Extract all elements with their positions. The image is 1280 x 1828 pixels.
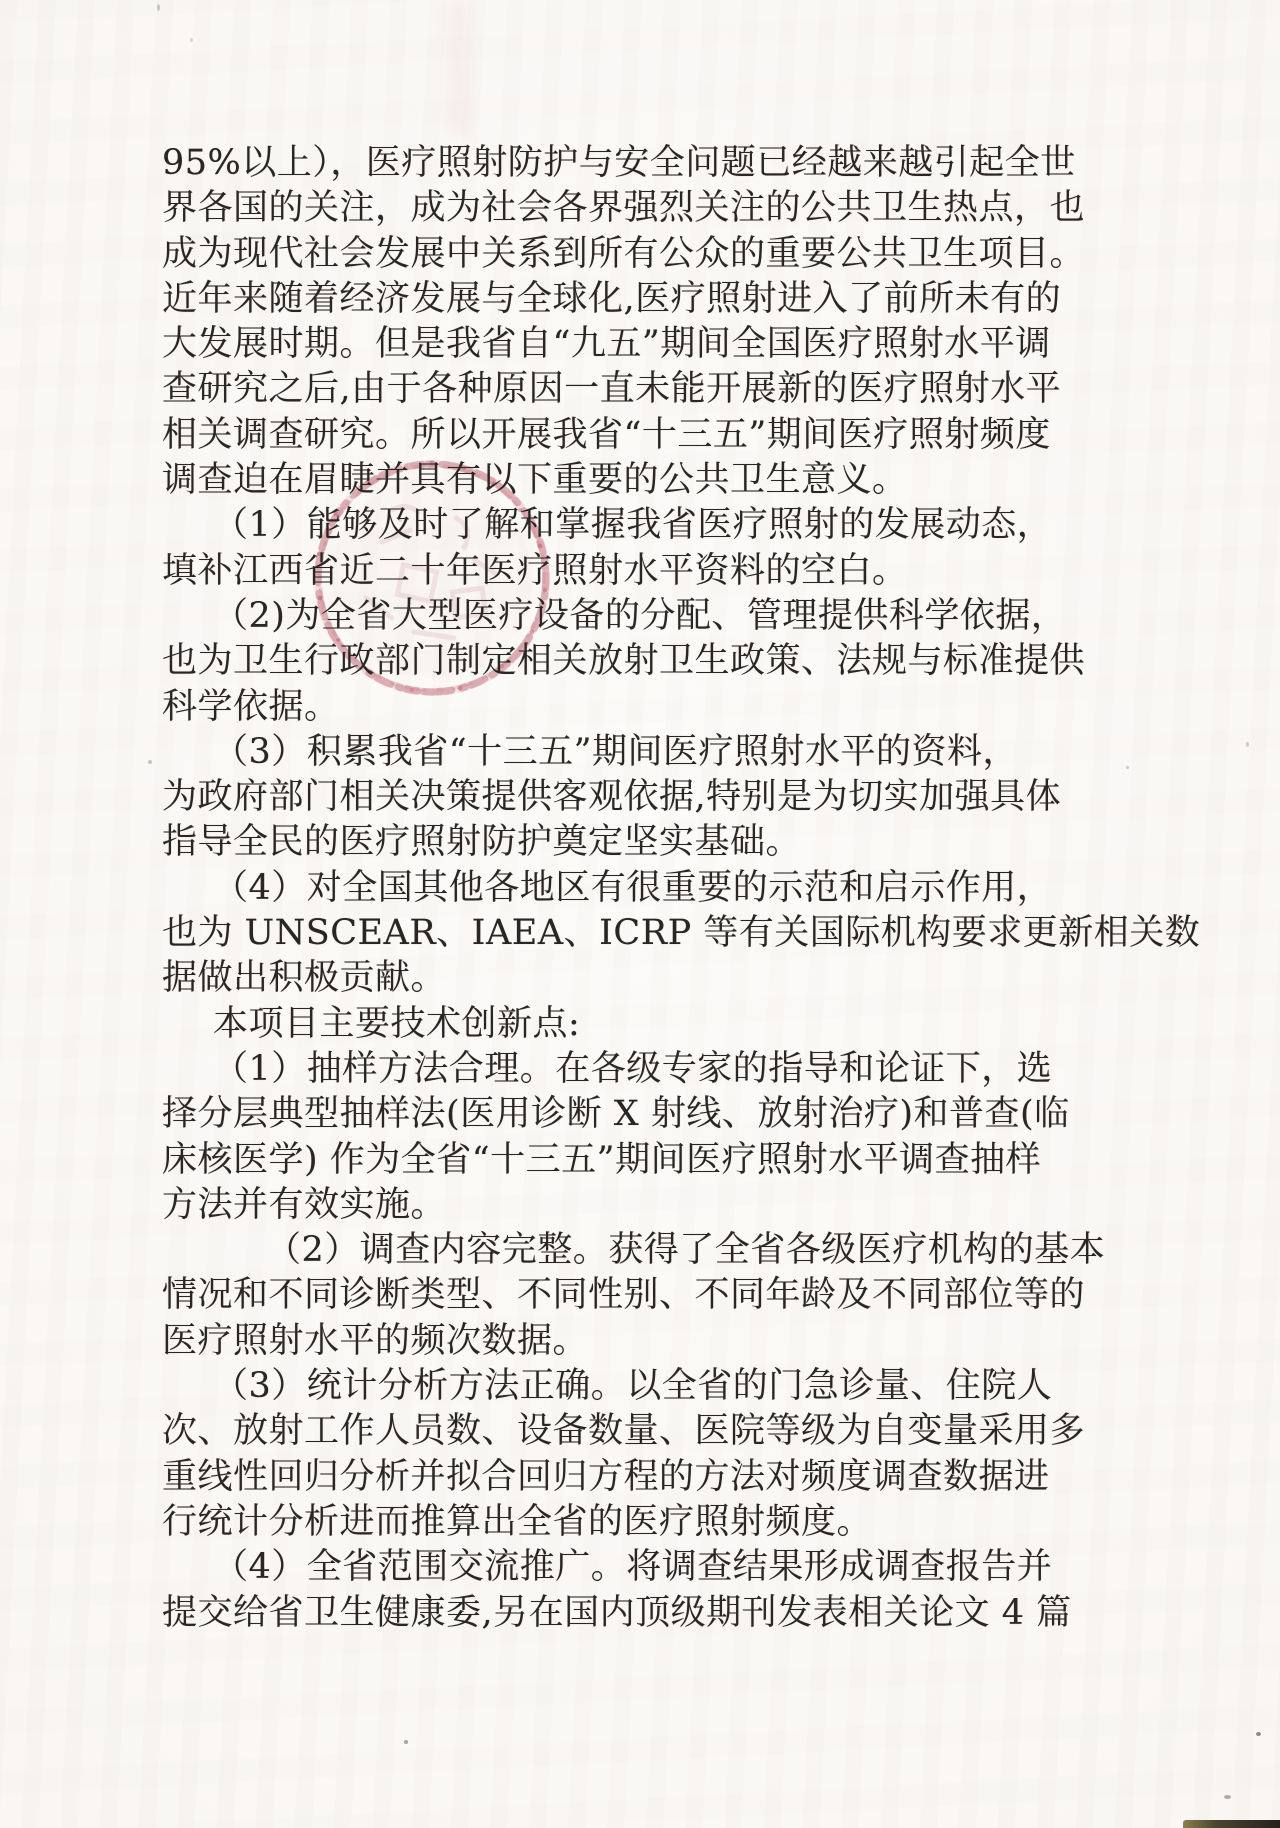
text-line: 提交给省卫生健康委,另在国内顶级期刊发表相关论文 4 篇 [162,1591,1082,1636]
scan-speck [1126,766,1129,769]
text-line: 指导全民的医疗照射防护奠定坚实基础。 [162,820,1082,865]
scan-pink-streak [447,0,469,135]
text-line: 成为现代社会发展中关系到所有公众的重要公共卫生项目。 [162,232,1082,277]
scanned-document-page: 95%以上），医疗照射防护与安全问题已经越来越引起全世界各国的关注，成为社会各界… [0,0,1280,1828]
text-line: （3）积累我省“十三五”期间医疗照射水平的资料， [162,730,1082,775]
text-line: 填补江西省近二十年医疗照射水平资料的空白。 [162,549,1082,594]
text-line: （3）统计分析方法正确。以全省的门急诊量、住院人 [162,1364,1082,1409]
scan-speck [157,4,160,11]
text-line: （2)为全省大型医疗设备的分配、管理提供科学依据， [162,594,1082,639]
text-line: （1）能够及时了解和掌握我省医疗照射的发展动态， [162,503,1082,548]
text-line: 择分层典型抽样法(医用诊断 X 射线、放射治疗)和普查(临 [162,1092,1082,1137]
text-line: 科学依据。 [162,685,1082,730]
scan-speck [1224,1795,1231,1799]
text-line: 相关调查研究。所以开展我省“十三五”期间医疗照射频度 [162,413,1082,458]
text-line: 本项目主要技术创新点: [162,1002,1082,1047]
text-line: （4）对全国其他各地区有很重要的示范和启示作用， [162,866,1082,911]
scan-speck [404,1740,408,1744]
scan-speck [1246,742,1249,747]
text-line: 据做出积极贡献。 [162,956,1082,1001]
text-line: 界各国的关注，成为社会各界强烈关注的公共卫生热点，也 [162,186,1082,231]
text-line: 近年来随着经济发展与全球化,医疗照射进入了前所未有的 [162,277,1082,322]
scan-speck [148,760,152,764]
text-line: 调查迫在眉睫并具有以下重要的公共卫生意义。 [162,458,1082,503]
scan-speck [190,38,193,42]
text-line: （1）抽样方法合理。在各级专家的指导和论证下，选 [162,1047,1082,1092]
text-line: 方法并有效实施。 [162,1183,1082,1228]
text-line: 次、放射工作人员数、设备数量、医院等级为自变量采用多 [162,1409,1082,1454]
text-line: 床核医学) 作为全省“十三五”期间医疗照射水平调查抽样 [162,1138,1082,1183]
text-line: （2）调查内容完整。获得了全省各级医疗机构的基本 [162,1228,1082,1273]
text-line: 行统计分析进而推算出全省的医疗照射频度。 [162,1500,1082,1545]
text-line: 重线性回归分析并拟合回归方程的方法对频度调查数据进 [162,1455,1082,1500]
scan-speck [1256,1732,1261,1736]
text-line: 医疗照射水平的频次数据。 [162,1319,1082,1364]
text-line: 也为卫生行政部门制定相关放射卫生政策、法规与标准提供 [162,639,1082,684]
text-line: 情况和不同诊断类型、不同性别、不同年龄及不同部位等的 [162,1273,1082,1318]
text-line: 查研究之后,由于各种原因一直未能开展新的医疗照射水平 [162,367,1082,412]
text-line: （4）全省范围交流推广。将调查结果形成调查报告并 [162,1545,1082,1590]
text-line: 95%以上），医疗照射防护与安全问题已经越来越引起全世 [162,141,1082,186]
text-line: 大发展时期。但是我省自“九五”期间全国医疗照射水平调 [162,322,1082,367]
document-text-block: 95%以上），医疗照射防护与安全问题已经越来越引起全世界各国的关注，成为社会各界… [162,141,1082,1636]
scan-edge-artifact [1183,1820,1280,1828]
text-line: 也为 UNSCEAR、IAEA、ICRP 等有关国际机构要求更新相关数 [162,911,1082,956]
text-line: 为政府部门相关决策提供客观依据,特别是为切实加强具体 [162,775,1082,820]
